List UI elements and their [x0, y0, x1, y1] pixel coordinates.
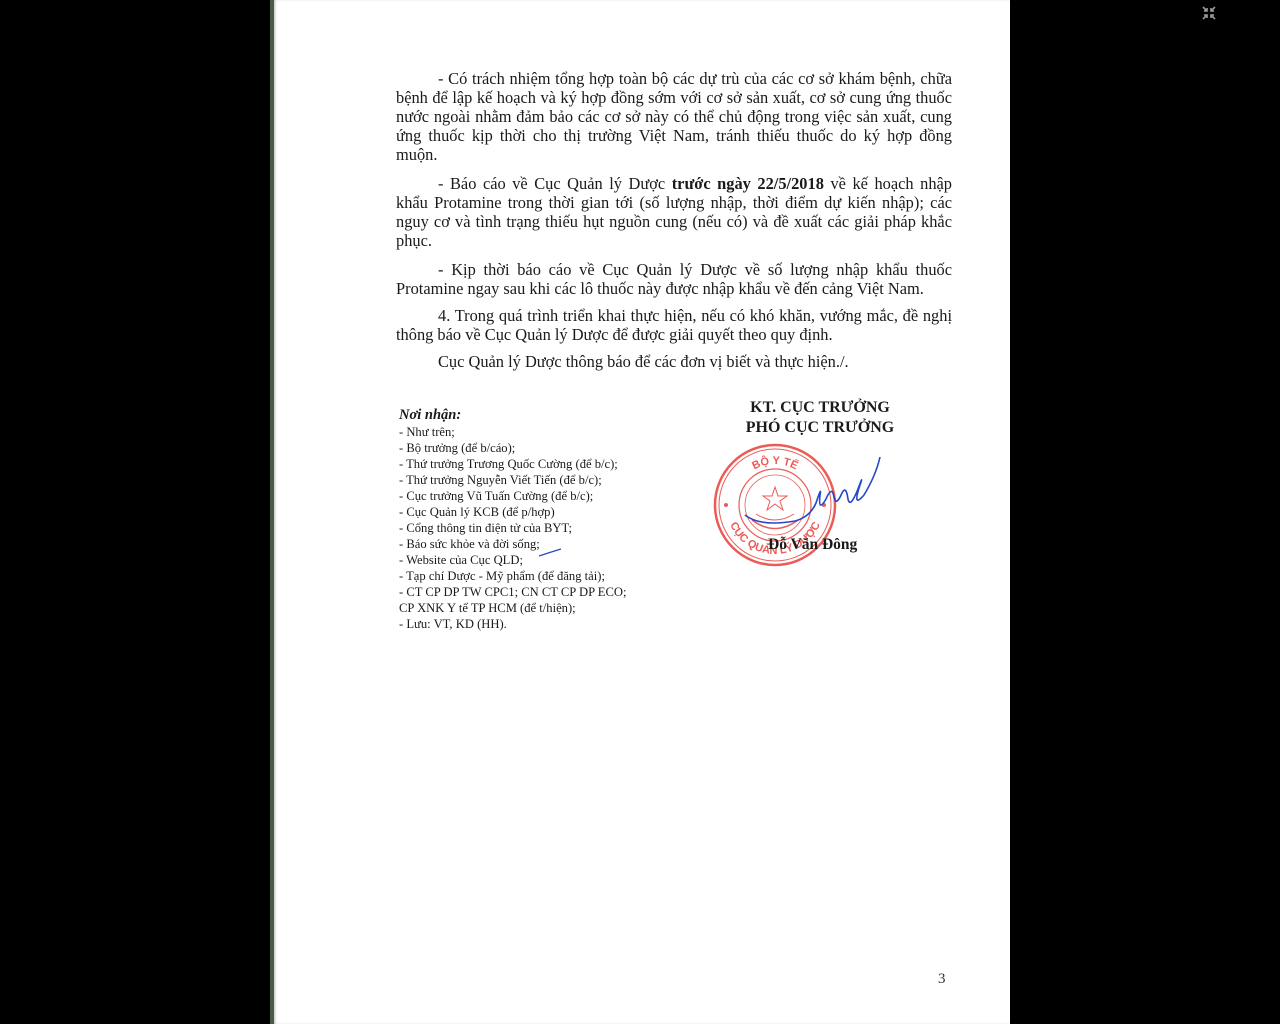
signature-block: KT. CỤC TRƯỞNG PHÓ CỤC TRƯỞNG [720, 398, 920, 438]
recipient-item: - Như trên; [399, 424, 669, 440]
recipient-item: - Website của Cục QLD; [399, 552, 669, 568]
recipient-item: - Báo sức khỏe và đời sống; [399, 536, 669, 552]
paragraph-report-deadline: - Báo cáo về Cục Quản lý Dược trước ngày… [396, 174, 952, 250]
paragraph-timely-report: - Kịp thời báo cáo về Cục Quản lý Dược v… [396, 260, 952, 298]
recipients-list: Nơi nhận: - Như trên; - Bộ trưởng (để b/… [399, 407, 669, 632]
recipient-item: - Lưu: VT, KD (HH). [399, 616, 669, 632]
recipient-item: - Bộ trưởng (để b/cáo); [399, 440, 669, 456]
report-deadline-bold: trước ngày 22/5/2018 [672, 174, 824, 193]
recipient-item: - Tạp chí Dược - Mỹ phẩm (để đăng tải); [399, 568, 669, 584]
handwritten-signature-icon [740, 455, 890, 535]
signer-name: Đỗ Văn Đông [768, 536, 857, 554]
paragraph-item-4: 4. Trong quá trình triển khai thực hiện,… [396, 306, 952, 344]
recipient-item: CP XNK Y tế TP HCM (để t/hiện); [399, 600, 669, 616]
recipient-item: - Thứ trưởng Trương Quốc Cường (để b/c); [399, 456, 669, 472]
handwritten-tick-icon [538, 548, 562, 558]
signature-title-line1: KT. CỤC TRƯỞNG [720, 398, 920, 418]
signature-title-line2: PHÓ CỤC TRƯỞNG [720, 418, 920, 438]
recipient-item: - Cục trưởng Vũ Tuấn Cường (để b/c); [399, 488, 669, 504]
paragraph-closing: Cục Quản lý Dược thông báo để các đơn vị… [396, 352, 952, 371]
recipient-item: - Thứ trưởng Nguyễn Viết Tiến (để b/c); [399, 472, 669, 488]
exit-fullscreen-icon [1201, 5, 1217, 21]
recipient-item: - Cục Quản lý KCB (để p/hợp) [399, 504, 669, 520]
recipients-title: Nơi nhận: [399, 407, 669, 424]
page-number: 3 [938, 971, 946, 988]
report-text-before: - Báo cáo về Cục Quản lý Dược [438, 174, 672, 193]
paragraph-consolidate-estimates: - Có trách nhiệm tổng hợp toàn bộ các dự… [396, 69, 952, 164]
page-edge [270, 0, 274, 1024]
recipient-item: - CT CP DP TW CPC1; CN CT CP DP ECO; [399, 584, 669, 600]
recipient-item: - Cổng thông tin điện tử của BYT; [399, 520, 669, 536]
exit-fullscreen-button[interactable] [1201, 5, 1217, 21]
